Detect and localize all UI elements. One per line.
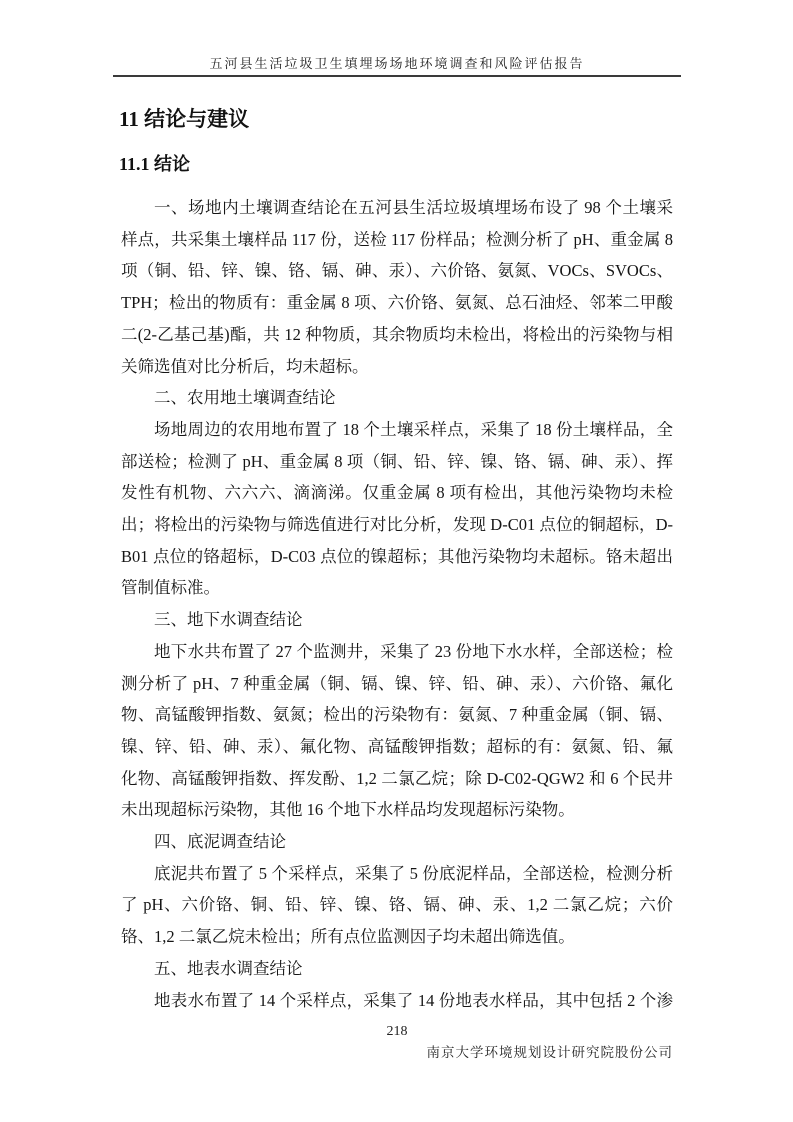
document-page: 五河县生活垃圾卫生填埋场场地环境调查和风险评估报告 11 结论与建议 11.1 … — [0, 0, 793, 1122]
paragraph-surface-water-conclusion: 地表水布置了 14 个采样点，采集了 14 份地表水样品，其中包括 2 个渗滤液… — [121, 985, 673, 1014]
paragraph-soil-onsite-conclusion: 一、场地内土壤调查结论在五河县生活垃圾填埋场布设了 98 个土壤采样点，共采集土… — [121, 192, 673, 382]
page-number: 218 — [121, 1024, 673, 1040]
body-text-block: 一、场地内土壤调查结论在五河县生活垃圾填埋场布设了 98 个土壤采样点，共采集土… — [121, 192, 673, 1014]
running-header-title: 五河县生活垃圾卫生填埋场场地环境调查和风险评估报告 — [113, 53, 681, 72]
footer-company-name: 南京大学环境规划设计研究院股份公司 — [121, 1041, 673, 1061]
paragraph-groundwater-conclusion: 地下水共布置了 27 个监测井，采集了 23 份地下水水样，全部送检；检测分析了… — [121, 636, 673, 826]
section-heading: 11.1 结论 — [119, 150, 679, 176]
header-rule — [113, 75, 681, 77]
paragraph-farmland-soil-conclusion: 场地周边的农用地布置了 18 个土壤采样点，采集了 18 份土壤样品，全部送检；… — [121, 414, 673, 604]
paragraph-heading-groundwater: 三、地下水调查结论 — [121, 604, 673, 636]
paragraph-heading-surface-water: 五、地表水调查结论 — [121, 953, 673, 985]
paragraph-sediment-conclusion: 底泥共布置了 5 个采样点，采集了 5 份底泥样品，全部送检，检测分析了 pH、… — [121, 858, 673, 953]
chapter-heading: 11 结论与建议 — [119, 103, 679, 133]
paragraph-heading-farmland-soil: 二、农用地土壤调查结论 — [121, 382, 673, 414]
paragraph-heading-sediment: 四、底泥调查结论 — [121, 826, 673, 858]
